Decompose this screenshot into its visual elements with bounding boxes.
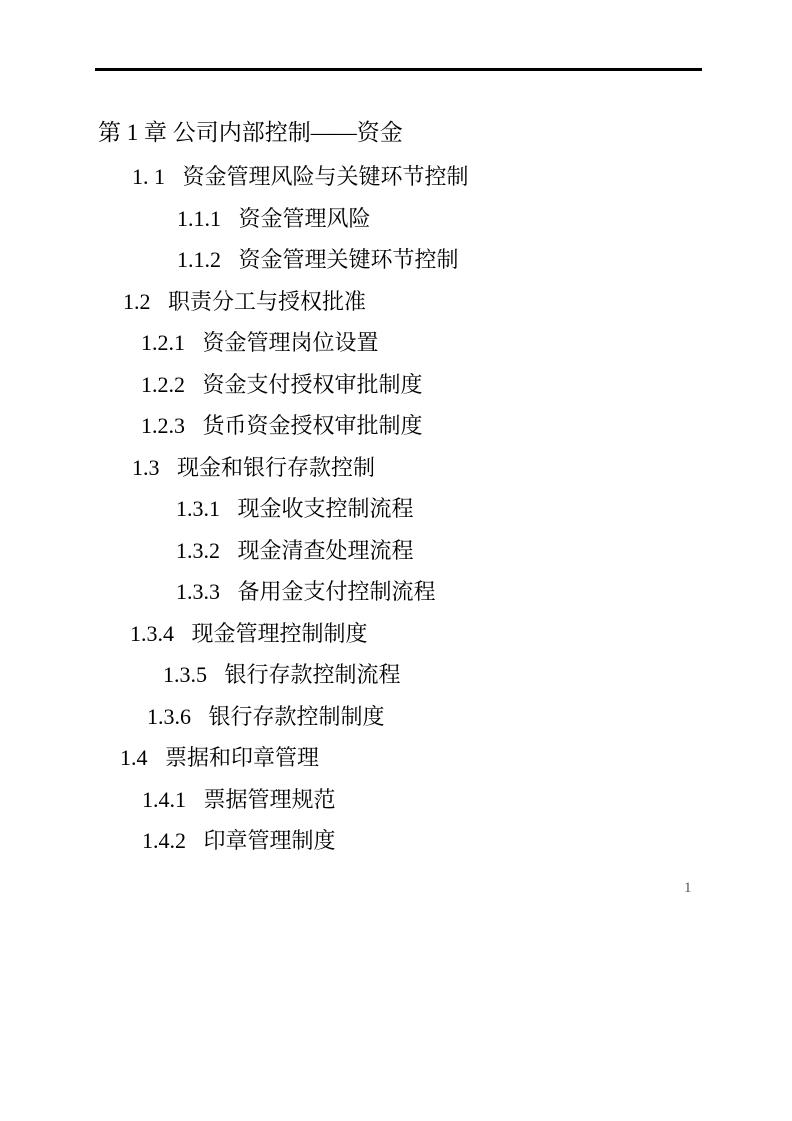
toc-item-number: 1.4 xyxy=(120,746,148,770)
toc-item: 1. 1 资金管理风险与关键环节控制 xyxy=(0,165,792,207)
document-page: 第 1 章 公司内部控制——资金 1. 1 资金管理风险与关键环节控制 1.1.… xyxy=(0,0,792,1121)
toc-item: 1.2.2 资金支付授权审批制度 xyxy=(0,373,792,415)
toc-item-number: 1.3.2 xyxy=(176,539,220,563)
toc-item-title: 资金管理岗位设置 xyxy=(203,331,379,355)
chapter-title: 第 1 章 公司内部控制——资金 xyxy=(98,120,403,146)
toc-item-title: 资金管理风险 xyxy=(239,207,371,231)
toc-item-number: 1.2.1 xyxy=(141,331,185,355)
toc-item: 1.3.2 现金清查处理流程 xyxy=(0,539,792,581)
toc-item-number: 1.2 xyxy=(123,290,151,314)
toc-item-title: 现金和银行存款控制 xyxy=(177,456,375,480)
toc-item: 1.1.1 资金管理风险 xyxy=(0,207,792,249)
toc-item-title: 银行存款控制制度 xyxy=(209,705,385,729)
toc-item-number: 1.2.3 xyxy=(141,414,185,438)
toc-item-number: 1.3.1 xyxy=(176,497,220,521)
toc-item-number: 1.2.2 xyxy=(141,373,185,397)
toc-item-title: 职责分工与授权批准 xyxy=(168,290,366,314)
toc-item-title: 现金管理控制制度 xyxy=(192,622,368,646)
toc-item-number: 1.4.1 xyxy=(142,788,186,812)
toc-item: 1.3.1 现金收支控制流程 xyxy=(0,497,792,539)
toc-list: 1. 1 资金管理风险与关键环节控制 1.1.1 资金管理风险 1.1.2 资金… xyxy=(0,165,792,871)
toc-item-title: 票据和印章管理 xyxy=(165,746,319,770)
toc-item: 1.1.2 资金管理关键环节控制 xyxy=(0,248,792,290)
toc-item: 1.4.2 印章管理制度 xyxy=(0,829,792,871)
toc-item: 1.2.3 货币资金授权审批制度 xyxy=(0,414,792,456)
toc-item: 1.2 职责分工与授权批准 xyxy=(0,290,792,332)
toc-item-number: 1.3 xyxy=(132,456,160,480)
toc-item-number: 1.3.5 xyxy=(163,663,207,687)
toc-item-title: 资金管理风险与关键环节控制 xyxy=(183,165,469,189)
toc-item-title: 资金管理关键环节控制 xyxy=(239,248,459,272)
header-rule xyxy=(95,68,702,71)
toc-item-title: 备用金支付控制流程 xyxy=(238,580,436,604)
toc-item: 1.2.1 资金管理岗位设置 xyxy=(0,331,792,373)
toc-item: 1.3.3 备用金支付控制流程 xyxy=(0,580,792,622)
toc-item-number: 1.3.4 xyxy=(130,622,174,646)
toc-item-number: 1.1.2 xyxy=(177,248,221,272)
page-number: 1 xyxy=(684,880,692,896)
toc-item-number: 1.1.1 xyxy=(177,207,221,231)
toc-item-title: 银行存款控制流程 xyxy=(225,663,401,687)
toc-item-title: 印章管理制度 xyxy=(204,829,336,853)
toc-item: 1.4.1 票据管理规范 xyxy=(0,788,792,830)
toc-item: 1.3.4 现金管理控制制度 xyxy=(0,622,792,664)
toc-item-number: 1. 1 xyxy=(132,165,165,189)
toc-item: 1.4 票据和印章管理 xyxy=(0,746,792,788)
toc-item: 1.3.6 银行存款控制制度 xyxy=(0,705,792,747)
toc-item: 1.3.5 银行存款控制流程 xyxy=(0,663,792,705)
toc-item-title: 票据管理规范 xyxy=(204,788,336,812)
toc-item-number: 1.4.2 xyxy=(142,829,186,853)
toc-item-title: 资金支付授权审批制度 xyxy=(203,373,423,397)
toc-item-title: 现金清查处理流程 xyxy=(238,539,414,563)
toc-item: 1.3 现金和银行存款控制 xyxy=(0,456,792,498)
toc-item-number: 1.3.6 xyxy=(147,705,191,729)
toc-item-number: 1.3.3 xyxy=(176,580,220,604)
toc-item-title: 货币资金授权审批制度 xyxy=(203,414,423,438)
toc-item-title: 现金收支控制流程 xyxy=(238,497,414,521)
